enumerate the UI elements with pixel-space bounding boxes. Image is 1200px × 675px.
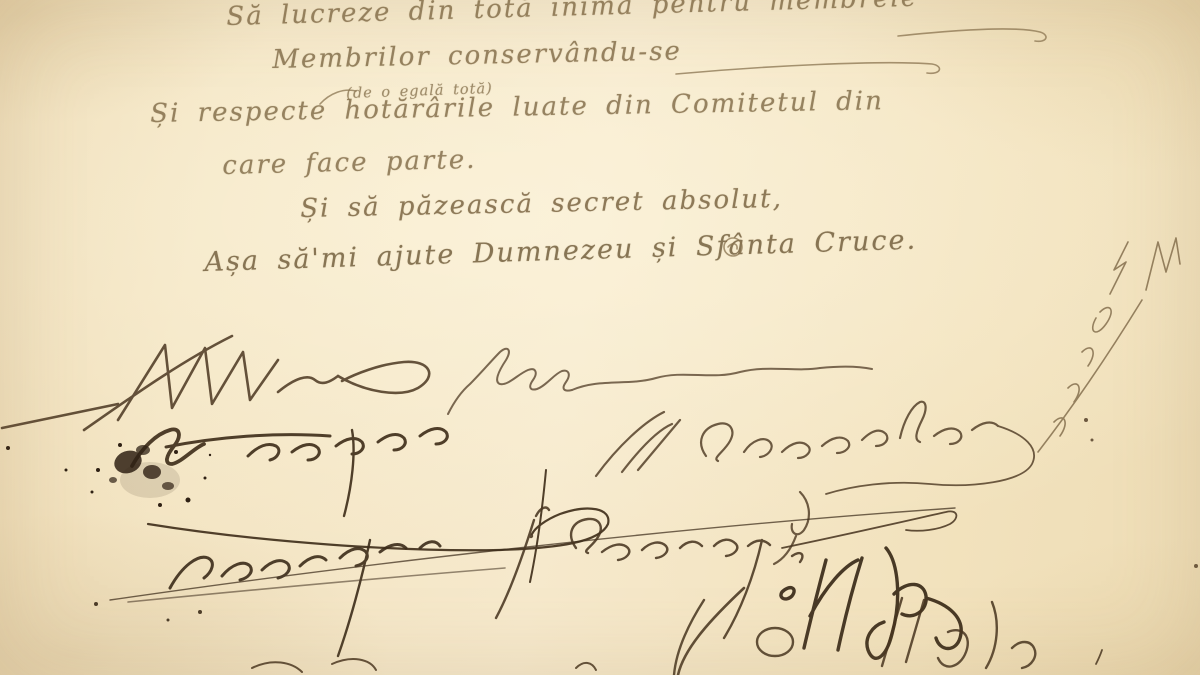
signature-9-marginalia [1038, 238, 1180, 452]
line-flourishes [320, 29, 1046, 256]
signature-3 [132, 429, 608, 582]
signature-8 [252, 598, 1102, 675]
ink-overlay [0, 0, 1200, 675]
signature-5 [94, 508, 955, 656]
signature-7 [781, 548, 961, 658]
ink-blot [6, 443, 211, 507]
signature-1 [2, 336, 429, 430]
signature-2 [448, 349, 872, 414]
manuscript-page: Să lucreze din totă inima pentru membrel… [0, 0, 1200, 675]
